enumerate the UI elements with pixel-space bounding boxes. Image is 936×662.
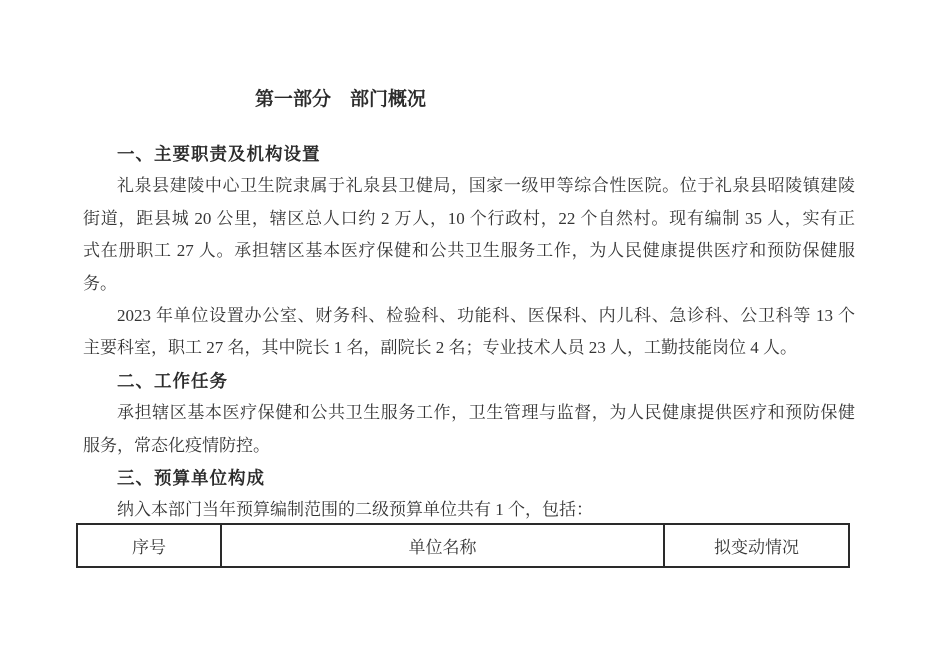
paragraph-line: 街道，距县城 20 公里，辖区总人口约 2 万人，10 个行政村，22 个自然村… bbox=[83, 203, 855, 235]
paragraph-line: 主要科室，职工 27 名，其中院长 1 名，副院长 2 名；专业技术人员 23 … bbox=[83, 332, 855, 364]
doc-title: 第一部分 部门概况 bbox=[255, 84, 426, 111]
paragraph-line: 承担辖区基本医疗保健和公共卫生服务工作，卫生管理与监督，为人民健康提供医疗和预防… bbox=[83, 397, 855, 429]
doc-body: 一、主要职责及机构设置 礼泉县建陵中心卫生院隶属于礼泉县卫健局，国家一级甲等综合… bbox=[83, 138, 855, 527]
paragraph-line: 务。 bbox=[83, 268, 855, 300]
paragraph-line: 纳入本部门当年预算编制范围的二级预算单位共有 1 个，包括： bbox=[83, 494, 855, 526]
paragraph-line: 礼泉县建陵中心卫生院隶属于礼泉县卫健局，国家一级甲等综合性医院。位于礼泉县昭陵镇… bbox=[83, 170, 855, 202]
paragraph-line: 式在册职工 27 人。承担辖区基本医疗保健和公共卫生服务工作，为人民健康提供医疗… bbox=[83, 235, 855, 267]
document-page: 第一部分 部门概况 一、主要职责及机构设置 礼泉县建陵中心卫生院隶属于礼泉县卫健… bbox=[0, 0, 936, 662]
paragraph-line: 2023 年单位设置办公室、财务科、检验科、功能科、医保科、内儿科、急诊科、公卫… bbox=[83, 300, 855, 332]
table-header-proposed-change: 拟变动情况 bbox=[664, 524, 849, 567]
table-header-serial-number: 序号 bbox=[77, 524, 221, 567]
section3-heading: 三、预算单位构成 bbox=[83, 462, 855, 494]
table-header-row: 序号 单位名称 拟变动情况 bbox=[77, 524, 849, 567]
table-header-unit-name: 单位名称 bbox=[221, 524, 664, 567]
section2-heading: 二、工作任务 bbox=[83, 365, 855, 397]
section1-heading: 一、主要职责及机构设置 bbox=[83, 138, 855, 170]
paragraph-line: 服务，常态化疫情防控。 bbox=[83, 430, 855, 462]
budget-units-table: 序号 单位名称 拟变动情况 bbox=[76, 523, 850, 568]
